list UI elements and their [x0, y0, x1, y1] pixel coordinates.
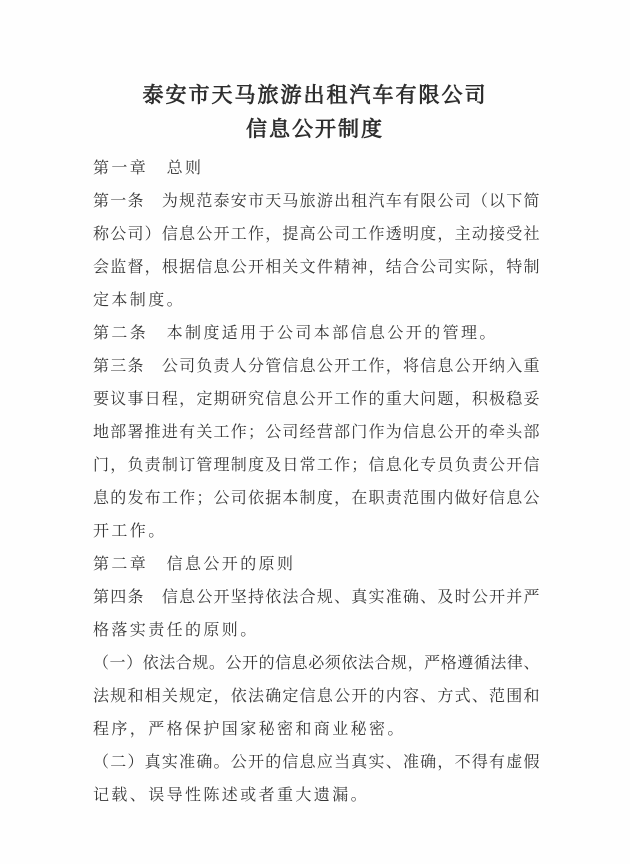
item-2-line-1: （二）真实准确。公开的信息应当真实、准确，不得有虚假: [93, 746, 540, 779]
chapter-2-heading: 第二章 信息公开的原则: [93, 548, 540, 581]
article-3-line-2: 要议事日程，定期研究信息公开工作的重大问题，积极稳妥: [93, 383, 540, 416]
article-4-line-2: 格落实责任的原则。: [93, 614, 540, 647]
article-3-line-3: 地部署推进有关工作；公司经营部门作为信息公开的牵头部: [93, 416, 540, 449]
chapter-1-heading: 第一章 总则: [93, 152, 540, 185]
article-3-line-5: 息的发布工作；公司依据本制度，在职责范围内做好信息公: [93, 482, 540, 515]
document-page: 泰安市天马旅游出租汽车有限公司 信息公开制度 第一章 总则第一条 为规范泰安市天…: [0, 0, 630, 864]
article-3-line-4: 门，负责制订管理制度及日常工作；信息化专员负责公开信: [93, 449, 540, 482]
document-body: 第一章 总则第一条 为规范泰安市天马旅游出租汽车有限公司（以下简称公司）信息公开…: [93, 152, 540, 812]
company-title: 泰安市天马旅游出租汽车有限公司: [0, 78, 630, 112]
policy-title: 信息公开制度: [0, 112, 630, 146]
article-1-line-3: 会监督，根据信息公开相关文件精神，结合公司实际，特制: [93, 251, 540, 284]
article-3-line-1: 第三条 公司负责人分管信息公开工作，将信息公开纳入重: [93, 350, 540, 383]
article-1-line-4: 定本制度。: [93, 284, 540, 317]
article-3-line-6: 开工作。: [93, 515, 540, 548]
article-1-line-2: 称公司）信息公开工作，提高公司工作透明度，主动接受社: [93, 218, 540, 251]
article-4-line-1: 第四条 信息公开坚持依法合规、真实准确、及时公开并严: [93, 581, 540, 614]
article-2-line-1: 第二条 本制度适用于公司本部信息公开的管理。: [93, 317, 540, 350]
document-title-block: 泰安市天马旅游出租汽车有限公司 信息公开制度: [0, 78, 630, 146]
item-1-line-2: 法规和相关规定，依法确定信息公开的内容、方式、范围和: [93, 680, 540, 713]
item-1-line-3: 程序，严格保护国家秘密和商业秘密。: [93, 713, 540, 746]
item-2-line-2: 记载、误导性陈述或者重大遗漏。: [93, 779, 540, 812]
item-1-line-1: （一）依法合规。公开的信息必须依法合规，严格遵循法律、: [93, 647, 540, 680]
article-1-line-1: 第一条 为规范泰安市天马旅游出租汽车有限公司（以下简: [93, 185, 540, 218]
